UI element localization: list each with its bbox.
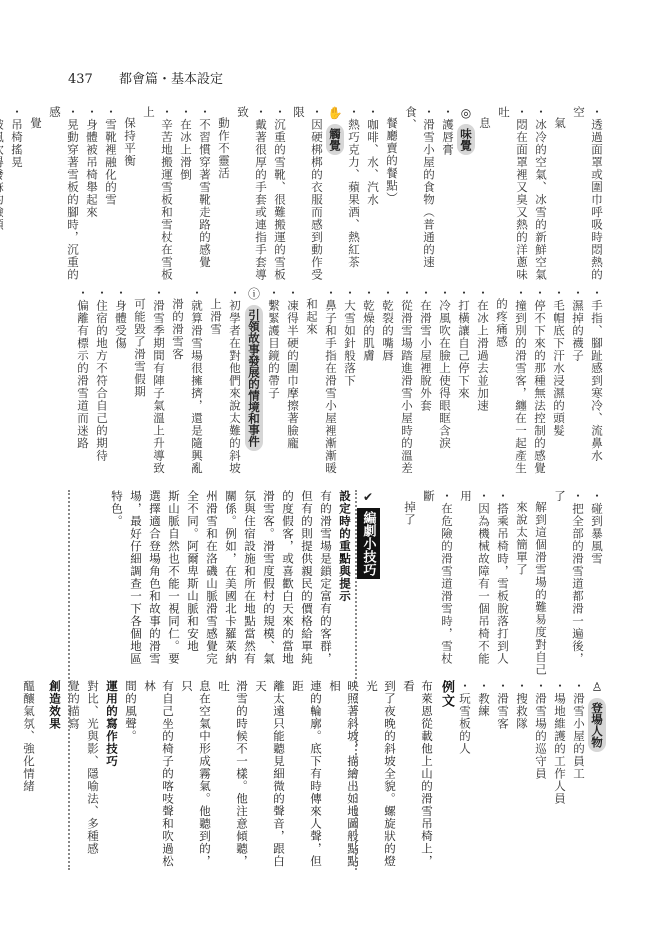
list-item: 毛帽底下汗水浸濕的頭髮 (550, 287, 568, 475)
list-item: 沉重的雪靴、很難搬運的雪板 (271, 106, 289, 286)
tips-badge: 編劇小技巧 (357, 508, 380, 579)
mouth-icon: ◎ (461, 106, 471, 120)
list-item: 把全部的滑雪道都滑一遍後，了 (551, 490, 587, 670)
list-item: 咖啡、水、汽水 (364, 106, 382, 286)
characters-tag: 登場人物 (588, 698, 606, 752)
list-item-continued: 氣 (551, 106, 569, 297)
senses-list-band-1: 透過面罩或圍巾呼吸時悶熱的空氣冰冷的空氣、冰雪的新鮮空氣悶在面罩裡又臭又熱的洋蔥… (60, 106, 606, 286)
list-item-continued: 掉了 (401, 490, 419, 681)
techniques-heading: 運用的寫作技巧 (103, 680, 121, 870)
characters-tag-wrap: ♙ 登場人物 (588, 680, 606, 870)
example-line: 滑雪的時候不一樣。他注意傾聽，吐 (215, 680, 251, 870)
alert-icon: ⓘ (248, 287, 260, 301)
list-item: 護唇膏 (439, 106, 457, 286)
list-item: 在冰上滑過去並加速 (474, 287, 492, 475)
list-item-continued: 可能毀了滑雪假期 (131, 287, 149, 486)
tips-line: 場，最好仔細調查一下各個地區 (127, 490, 145, 670)
band-4: ♙ 登場人物 滑雪小屋的員工場地維護的工作人員滑雪場的巡守員搜救隊滑雪客教練玩雪… (60, 680, 606, 870)
tips-line: 的度假客，或喜歡白天來的當地 (279, 490, 297, 670)
list-item: 身體受傷 (112, 287, 130, 475)
section-tag-wrap: ⓘ引領故事發展的情境和事件 (244, 287, 264, 475)
character-item: 滑雪客 (494, 680, 512, 870)
list-item: 雪靴裡融化的雪 (102, 106, 120, 286)
list-item: 熱巧克力、蘋果酒、熱紅茶 (345, 106, 363, 286)
tips-line: 斯山脈自然也不能一視同仁。要 (165, 490, 183, 670)
list-item: 因為機械故障有一個吊椅不能用 (457, 490, 493, 670)
list-item: 就算滑雪場很擁擠，還是隨興亂 (188, 287, 206, 475)
section-tag-wrap: ◎味覺 (457, 106, 475, 286)
example-body: 布萊恩從載他上山的滑雪吊椅上，看到了夜晚的斜坡全貌。螺旋狀的燈光映照著斜坡，描繪… (121, 680, 436, 870)
tips-heading: 設定時的重點與提示 (336, 490, 354, 670)
character-item: 玩雪板的人 (456, 680, 474, 870)
page-number: 437 (68, 72, 93, 87)
list-item-continued: 動作不靈活 (215, 106, 233, 297)
hand-icon: ✋ (328, 106, 343, 120)
list-item: 透過面罩或圍巾呼吸時悶熱的空 (570, 106, 606, 286)
list-item: 戴著很厚的手套或連指手套導致 (234, 106, 270, 286)
list-item-continued: 息 (476, 106, 494, 297)
running-title: 都會篇・基本設定 (119, 72, 223, 87)
checkmark-circle-icon: ✔ (363, 490, 373, 504)
example-line: 間的風聲。 (122, 680, 140, 870)
list-item: 住宿的地方不符合自己的期待 (93, 287, 111, 475)
tips-line: 氛與住宿設施和所在地點當然有 (241, 490, 259, 670)
example-line: 到了夜晚的斜坡全貌。螺旋狀的燈光 (363, 680, 399, 870)
list-item: 在滑雪小屋裡脫外套 (417, 287, 435, 475)
tips-body: 有的滑雪場是鎖定富有的客群，但有的則提供親民的價格給單純的度假客，或喜歡白天來的… (107, 490, 335, 670)
list-item-continued: 保持平衡 (121, 106, 139, 297)
character-item: 場地維護的工作人員 (551, 680, 569, 870)
tips-line: 滑雪客。滑雪度假村的規模、氣 (260, 490, 278, 670)
example-line: 有自己坐的椅子的喀吱聲和吹過松林 (141, 680, 177, 870)
person-icon: ♙ (592, 680, 603, 694)
character-item: 滑雪場的巡守員 (532, 680, 550, 870)
effect-heading: 創造效果 (46, 680, 64, 870)
characters-list: 滑雪小屋的員工場地維護的工作人員滑雪場的巡守員搜救隊滑雪客教練玩雪板的人 (455, 680, 588, 870)
list-item: 乾裂的嘴唇 (379, 287, 397, 475)
list-item-continued: 的疼痛感 (493, 287, 511, 486)
list-item: 凍得半硬的圍巾摩擦著臉龐 (284, 287, 302, 475)
list-item: 繫緊護目鏡的帶子 (265, 287, 283, 475)
list-item: 吊椅搖晃 (8, 106, 26, 286)
list-item: 乾燥的肌膚 (360, 287, 378, 475)
section-tag-wrap: ✋觸覺 (326, 106, 344, 286)
list-item: 停不下來的那種無法控制的感覺 (531, 287, 549, 475)
list-item: 冰冷的空氣、冰雪的新鮮空氣 (532, 106, 550, 286)
tips-line: 選擇適合登場角色和故事的滑雪 (146, 490, 164, 670)
effect-text: 醞釀氣氛、強化情緒 (20, 680, 38, 870)
spacer (378, 490, 400, 670)
list-item: 手指、腳趾感到寒冷、流鼻水 (588, 287, 606, 475)
list-item-continued: 和起來 (303, 287, 321, 486)
section-tag: 味覺 (457, 124, 475, 155)
example-line: 連的輪廓。底下有時傳來人聲，但距 (289, 680, 325, 870)
list-item: 滑雪小屋的食物（普通的速食、 (402, 106, 438, 286)
list-item: 大雪如針般落下 (341, 287, 359, 475)
techniques-text: 對比、光與影、隱喻法、多種感 (84, 680, 102, 870)
list-item: 搭乘吊椅時，雪板脫落打到人 (494, 490, 512, 670)
divider (355, 490, 357, 870)
list-item: 初學者在對他們來說太難的斜坡 (226, 287, 244, 475)
list-item-continued: 上滑雪 (207, 287, 225, 486)
list-item: 從滑雪場踏進滑雪小屋時的溫差 (398, 287, 416, 475)
character-item: 搜救隊 (513, 680, 531, 870)
events-continued: 碰到暴風雪把全部的滑雪道都滑一遍後，了解到這個滑雪場的難易度對自己來說太簡單了搭… (400, 490, 606, 670)
tips-line: 特色。 (108, 490, 126, 670)
list-item-continued: 來說太簡單了 (513, 490, 531, 681)
list-item: 身體被吊椅舉起來 (83, 106, 101, 286)
list-item-continued: 滑的滑雪客 (169, 287, 187, 486)
list-item: 因硬梆梆的衣服而感到動作受限 (290, 106, 326, 286)
list-item: 撞到別的滑雪客，纏在一起產生 (512, 287, 530, 475)
section-tag: 觸覺 (326, 124, 344, 155)
list-item: 在危險的滑雪道滑雪時，雪杖斷 (420, 490, 456, 670)
list-item: 偏離有標示的滑雪道而迷路 (74, 287, 92, 475)
tips-line: 關係。例如，在美國北卡羅萊納 (222, 490, 240, 670)
list-item: 被風吹得發麻的臉頰 (0, 106, 7, 286)
list-item: 悶在面罩裡又臭又熱的洋蔥味吐 (495, 106, 531, 286)
list-item: 濕掉的襪子 (569, 287, 587, 475)
list-item-continued: 覺 (27, 106, 45, 297)
list-item: 不習慣穿著雪靴走路的感覺 (196, 106, 214, 286)
divider (68, 490, 70, 870)
tips-line: 州滑雪和在洛磯山脈滑雪感覺完 (203, 490, 221, 670)
list-item: 晃動穿著雪板的腳時，沉重的感 (46, 106, 82, 286)
list-item-continued: 解到這個滑雪場的難易度對自己 (532, 490, 550, 681)
list-item: 鼻子和手指在滑雪小屋裡漸漸暖 (322, 287, 340, 475)
list-item-continued: 餐廳賣的餐點） (383, 106, 401, 297)
list-item: 在冰上滑倒 (177, 106, 195, 286)
character-item: 滑雪小屋的員工 (570, 680, 588, 870)
list-item: 冷風吹在臉上使得眼眶含淚 (436, 287, 454, 475)
character-item: 教練 (475, 680, 493, 870)
example-line: 息在空氣中形成霧氣。他聽到的，只 (178, 680, 214, 870)
example-heading: 例文 (437, 680, 455, 870)
tips-line: 但有的則提供親民的價格給單純 (298, 490, 316, 670)
list-item: 碰到暴風雪 (588, 490, 606, 670)
example-line: 離太遠只能聽見細微的聲音，跟白天 (252, 680, 288, 870)
senses-list-band-2: 手指、腳趾感到寒冷、流鼻水濕掉的襪子毛帽底下汗水浸濕的頭髮停不下來的那種無法控制… (60, 287, 606, 475)
example-line: 布萊恩從載他上山的滑雪吊椅上，看 (400, 680, 436, 870)
list-item: 滑雪季期間有陣子氣溫上升導致 (150, 287, 168, 475)
list-item: 打橫讓自己停下來 (455, 287, 473, 475)
section-tag: 引領故事發展的情境和事件 (245, 305, 263, 451)
band-3: 碰到暴風雪把全部的滑雪道都滑一遍後，了解到這個滑雪場的難易度對自己來說太簡單了搭… (60, 490, 606, 670)
list-item: 辛苦地搬運雪板和雪杖在雪板上 (140, 106, 176, 286)
tips-badge-wrap: ✔ 編劇小技巧 (358, 490, 378, 670)
page-header: 437 都會篇・基本設定 (68, 68, 223, 87)
tips-line: 全不同。阿爾卑斯山脈和安地 (184, 490, 202, 670)
tips-line: 有的滑雪場是鎖定富有的客群， (317, 490, 335, 670)
